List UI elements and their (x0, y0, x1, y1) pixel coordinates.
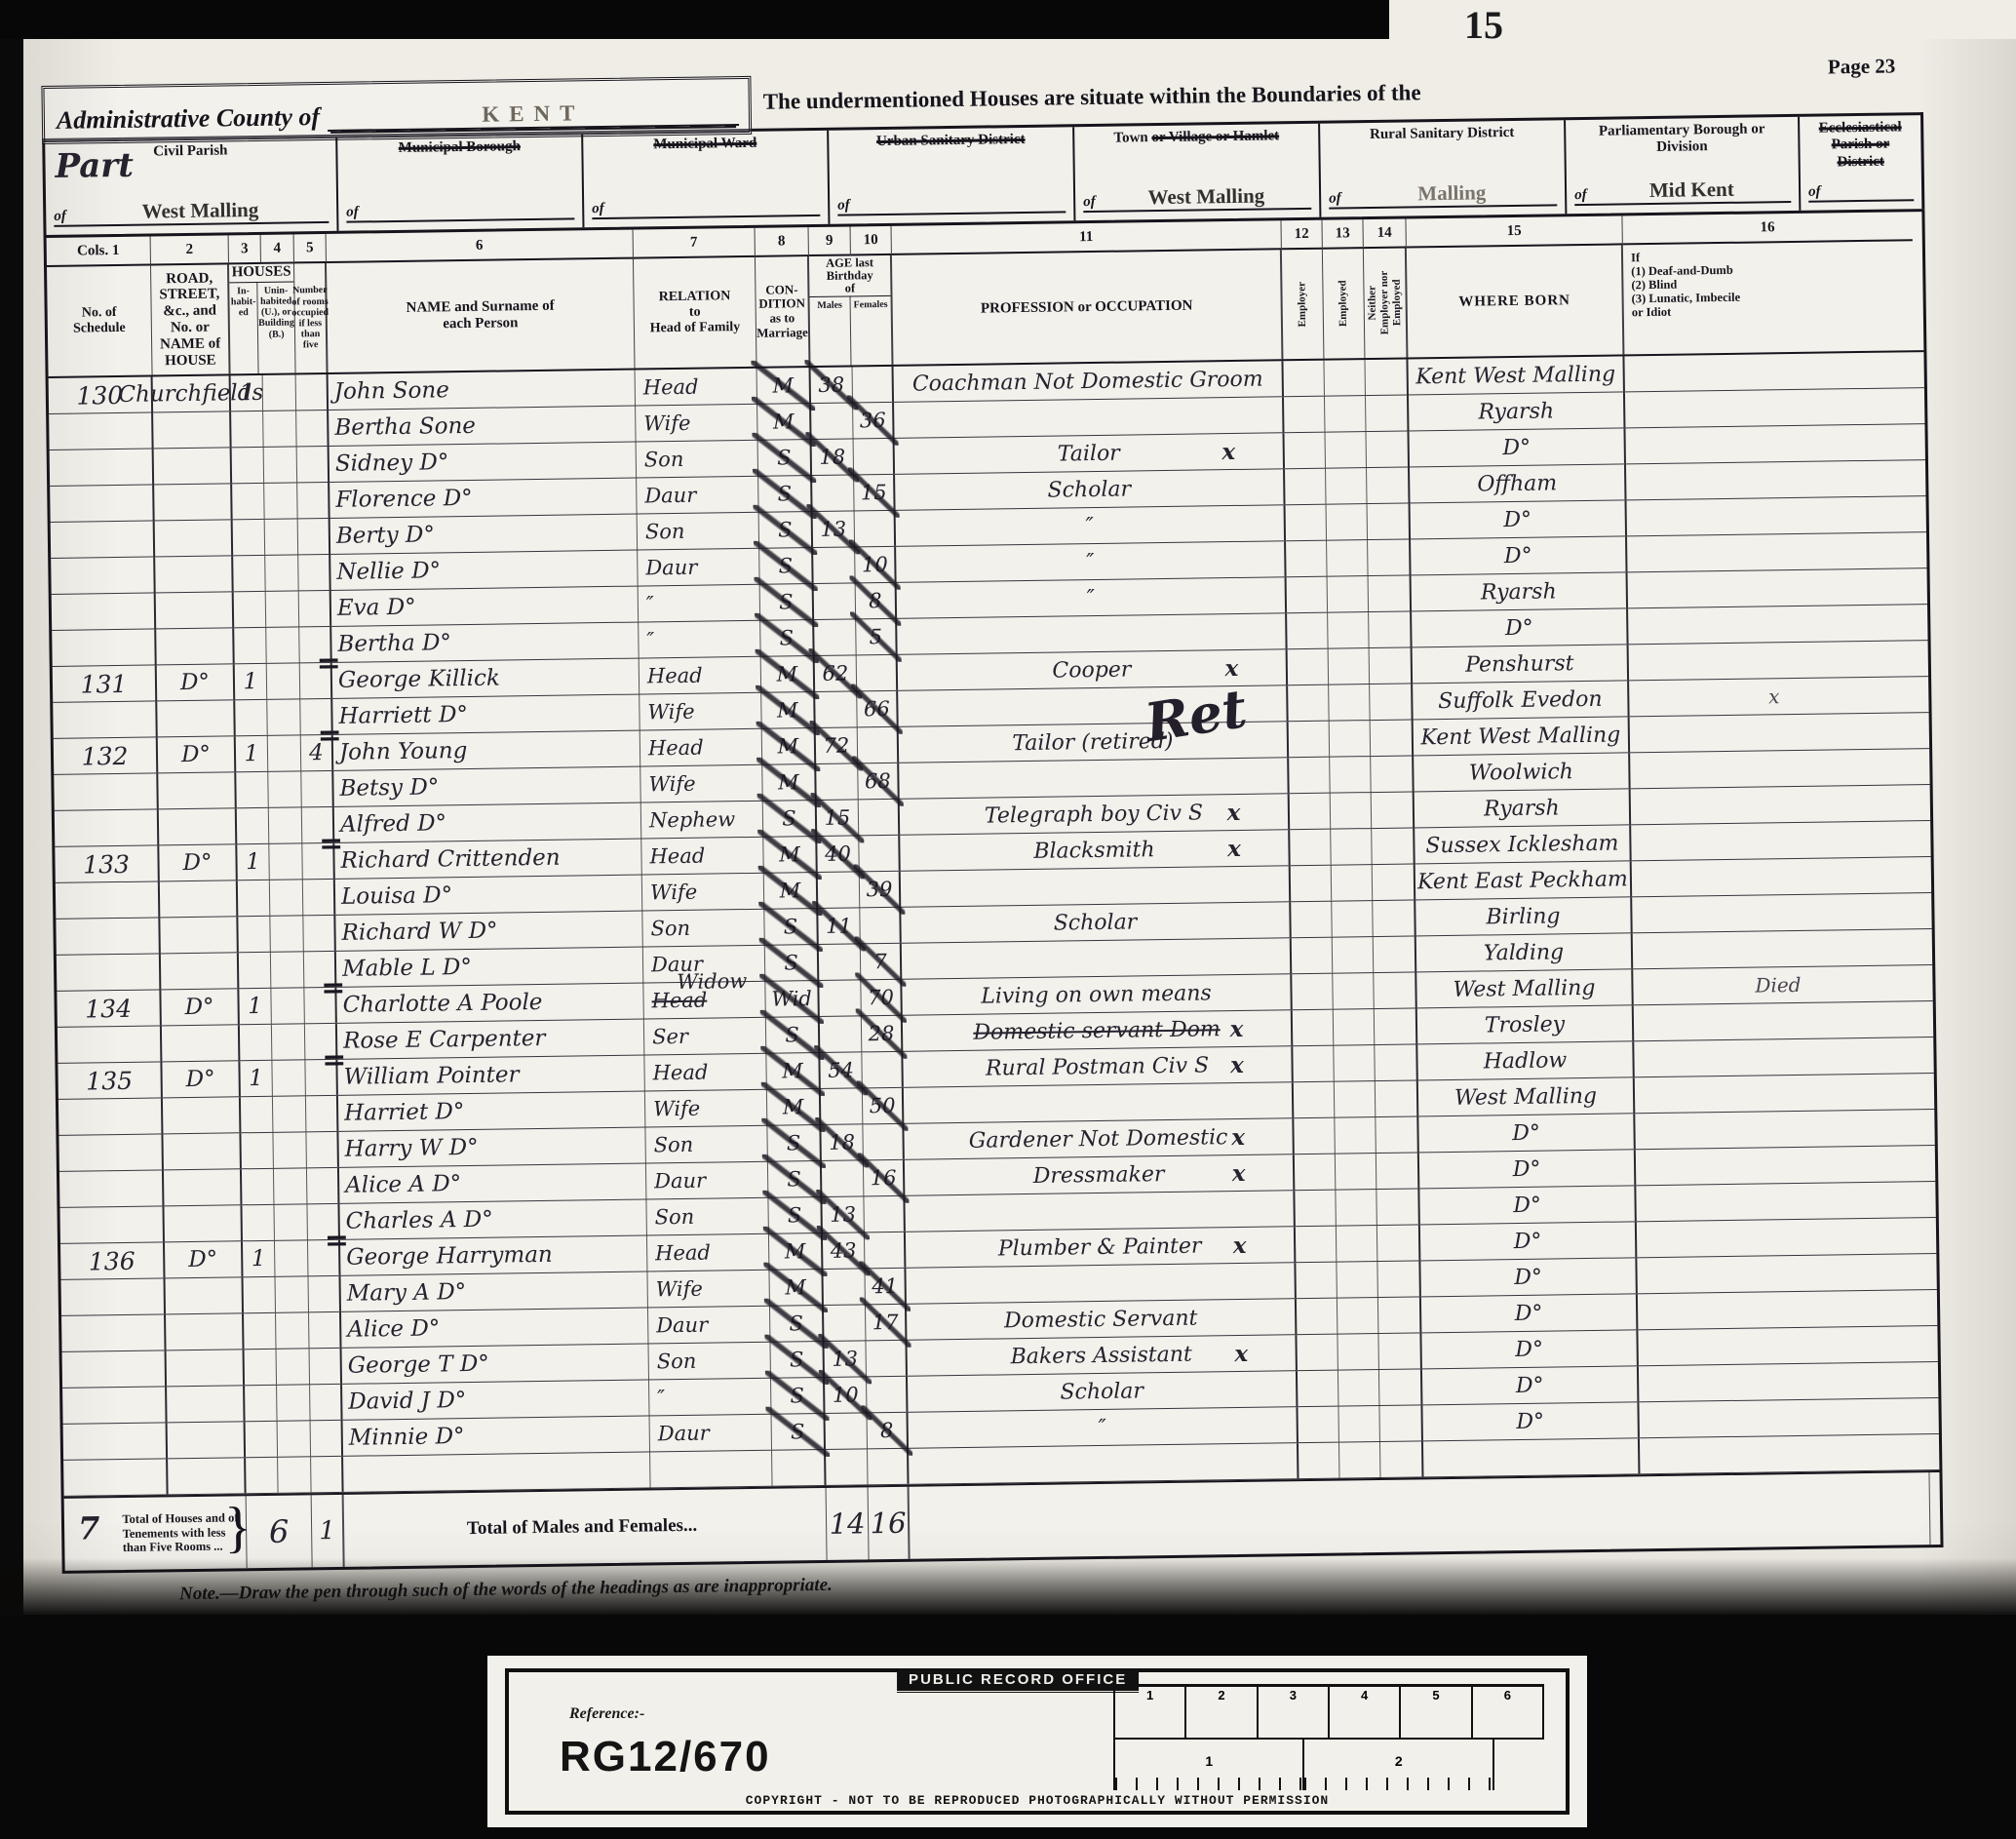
ruler-cm-cell: 3 (1259, 1687, 1330, 1740)
field-label: Town or Village or Hamlet (1080, 128, 1312, 148)
handwritten-value: 68 (865, 769, 891, 793)
cell-age-m (819, 944, 861, 980)
cell-inhabited (242, 1205, 274, 1240)
cell-infirm (1639, 1362, 1928, 1401)
cell-occupation: ″ (909, 1407, 1299, 1448)
cell-road (160, 880, 238, 917)
cell-rooms: = (300, 663, 332, 698)
cell-infirm (1635, 1110, 1924, 1149)
census-scan-page: 15 Administrative County of KENT The und… (0, 0, 2016, 1839)
cell-relation: Son (646, 1198, 768, 1235)
cell-neither (1376, 1189, 1419, 1225)
cell-employed (1333, 937, 1374, 973)
cell-employed: x (1334, 1009, 1375, 1045)
handwritten-value: 54 (828, 1059, 854, 1082)
cell-schedule: 135 (58, 1062, 162, 1098)
cell-road (161, 953, 239, 989)
cell-relation: Wife (640, 765, 762, 802)
cell-uninhabited (276, 1312, 309, 1348)
handwritten-value: S (782, 806, 796, 830)
handwritten-value: 16 (871, 1166, 897, 1190)
cell-neither (1377, 1261, 1420, 1297)
handwritten-value: 62 (822, 662, 848, 685)
cell-road (154, 484, 232, 520)
handwritten-value: 8 (869, 589, 882, 612)
column-number: 14 (1363, 219, 1406, 250)
cell-road (166, 1313, 244, 1350)
handwritten-value: Florence D° (335, 486, 473, 513)
handwritten-value: Wife (650, 880, 697, 905)
handwritten-value: S (778, 554, 793, 577)
handwritten-value: Died (1755, 973, 1801, 998)
cell-neither (1369, 575, 1412, 611)
cell-infirm (1634, 1037, 1923, 1076)
handwritten-value: x (1231, 1123, 1245, 1150)
cell-age-m (818, 872, 860, 908)
cell-uninhabited (267, 663, 300, 698)
cell-name: Charlotte A Poole (336, 984, 643, 1023)
cell-employed: x (1336, 1154, 1376, 1190)
cell-age-f (862, 1052, 903, 1088)
header-employer: Employer (1282, 250, 1325, 360)
cell-relation: Daur (638, 549, 759, 586)
field-label-struck: Municipal Ward (589, 135, 821, 155)
cell-inhabited (245, 1350, 277, 1385)
administrative-county-label: Administrative County of (57, 102, 321, 136)
cell-age-f: 8 (856, 583, 897, 619)
cell-schedule: 134 (57, 990, 161, 1026)
scan-bottom-shadow (0, 1558, 2016, 1617)
handwritten-value: Suffolk Evedon (1438, 686, 1603, 713)
cell-rooms (298, 519, 330, 554)
cell-age-m (812, 475, 854, 511)
cell-condition: S (765, 945, 819, 981)
cell-age-f: 5 (856, 619, 897, 655)
handwritten-value: ″ (1087, 586, 1096, 610)
field-civil-parish: Civil Parish Part of West Malling (45, 137, 338, 235)
cell-age-m (826, 1449, 868, 1485)
cell-whereborn: Kent West Malling (1408, 356, 1624, 394)
cell-road: D° (162, 1061, 240, 1097)
field-label: Rural Sanitary District (1326, 124, 1558, 144)
cell-age-f: 15 (854, 475, 895, 511)
handwritten-value: Blacksmith (1033, 838, 1155, 864)
handwritten-value: S (778, 518, 793, 541)
cell-name: Alice D° (341, 1308, 648, 1347)
handwritten-value: 130 (76, 380, 123, 410)
cell-rooms (296, 374, 329, 410)
cell-age-f (863, 1124, 904, 1160)
cell-age-m (819, 980, 861, 1016)
field-value: West Malling (72, 197, 330, 225)
cell-rooms (297, 483, 330, 518)
cell-whereborn: D° (1419, 1186, 1636, 1224)
handwritten-value: 1 (252, 1246, 266, 1272)
handwritten-value: S (791, 1420, 805, 1443)
totals-empty-cells (910, 1472, 1931, 1559)
handwritten-value: 136 (89, 1246, 136, 1275)
cell-infirm (1634, 1001, 1923, 1040)
cell-inhabited (232, 484, 264, 519)
header-employer-vertical: Employer (1297, 282, 1309, 328)
header-inhabited: In- habit- ed (229, 283, 259, 374)
handwritten-value: D° (1516, 1373, 1544, 1397)
cell-name: George Killick (332, 659, 640, 698)
cell-schedule (62, 1387, 167, 1423)
handwritten-value: 131 (80, 669, 127, 698)
handwritten-value: George T D° (348, 1351, 489, 1379)
cell-occupation (897, 613, 1287, 654)
cell-name: Betsy D° (333, 767, 640, 806)
cell-infirm (1626, 460, 1916, 499)
cell-occupation (899, 758, 1289, 799)
cell-employer (1297, 1335, 1338, 1371)
cell-inhabited (234, 592, 266, 627)
handwritten-value: Charles A D° (346, 1207, 493, 1234)
cell-occupation: Coachman Not Domestic Groom (894, 361, 1284, 402)
handwritten-value: Telegraph boy Civ S (985, 801, 1203, 828)
handwritten-value: D° (1512, 1120, 1540, 1145)
cell-inhabited (246, 1422, 278, 1457)
totals-houses-value: 6 (269, 1513, 290, 1550)
cell-whereborn: D° (1420, 1258, 1637, 1296)
cell-employer (1291, 902, 1332, 938)
cell-infirm (1636, 1146, 1925, 1185)
handwritten-value: Head (643, 375, 699, 400)
handwritten-value: Offham (1477, 471, 1557, 496)
cell-employer (1283, 361, 1324, 397)
cell-name: John Young (333, 731, 640, 770)
handwritten-value: D° (1505, 615, 1533, 640)
cell-age-m: 13 (824, 1341, 866, 1377)
cell-name: George T D° (342, 1344, 649, 1383)
cell-schedule (63, 1459, 168, 1495)
cell-whereborn: Woolwich (1414, 753, 1630, 791)
cell-name: Mable L D° (336, 948, 643, 987)
cell-age-f: 70 (861, 980, 902, 1016)
cell-age-m: 72 (816, 727, 858, 763)
cell-employed (1336, 1190, 1376, 1226)
cell-uninhabited (272, 1060, 305, 1095)
header-condition: CON- DITION as to Marriage (756, 256, 811, 367)
cell-age-f (864, 1196, 905, 1233)
cell-schedule (52, 593, 156, 629)
header-whereborn: WHERE BORN (1407, 245, 1625, 357)
cell-rooms (308, 1276, 340, 1311)
cell-schedule (49, 412, 153, 449)
cell-schedule (63, 1423, 168, 1459)
cell-infirm (1635, 1074, 1924, 1113)
cell-road (162, 1025, 240, 1061)
cell-age-m: 11 (818, 908, 860, 944)
handwritten-value: 135 (86, 1066, 133, 1095)
cell-uninhabited (270, 916, 303, 951)
handwritten-value: Rose E Carpenter (343, 1026, 546, 1054)
cell-employed: x (1334, 1045, 1375, 1081)
handwritten-value: x (1227, 835, 1241, 861)
cell-age-m: 40 (817, 836, 859, 872)
cell-condition: M (761, 656, 815, 692)
stamp-ruler: 123456 12 (1113, 1684, 1544, 1799)
handwritten-value: 134 (85, 994, 132, 1023)
handwritten-value: 40 (825, 842, 851, 866)
cell-age-m (822, 1160, 864, 1196)
handwritten-value: M (780, 879, 801, 902)
cell-condition: M (757, 368, 811, 404)
cell-condition: S (766, 1017, 820, 1053)
of-word: of (54, 209, 66, 225)
header-neither: Neither Employer nor Employed (1364, 249, 1409, 359)
census-table: Cols. 12345678910111213141516 No. of Sch… (44, 209, 1944, 1574)
cell-employed (1330, 757, 1371, 793)
cell-road (166, 1277, 244, 1313)
handwritten-value: x (1230, 1051, 1244, 1077)
cell-employed (1337, 1262, 1377, 1298)
cell-name: Rose E Carpenter (337, 1019, 644, 1058)
cell-inhabited (238, 917, 270, 952)
cell-road (154, 448, 232, 484)
cell-age-f: 28 (862, 1016, 903, 1052)
cell-name: Mary A D° (340, 1272, 647, 1311)
cell-neither (1368, 503, 1411, 539)
cell-condition: M (761, 692, 815, 728)
cell-infirm (1630, 713, 1919, 752)
handwritten-value: Scholar (1047, 477, 1131, 502)
cell-employed (1335, 1081, 1376, 1117)
cell-condition: S (760, 620, 814, 656)
handwritten-value: Woolwich (1469, 760, 1573, 785)
cell-age-f (857, 655, 898, 691)
header-uninhabited: Unin- habited (U.), or Building (B.) (258, 282, 295, 373)
handwritten-value: Daur (645, 556, 697, 580)
handwritten-value: John Young (339, 738, 468, 765)
cell-neither (1367, 431, 1410, 467)
stamp-frame: PUBLIC RECORD OFFICE Reference:- RG12/67… (505, 1668, 1570, 1815)
totals-houses-value-cell: 6 (247, 1495, 313, 1568)
ruler-cm-cell: 6 (1473, 1687, 1544, 1740)
cell-uninhabited (266, 627, 299, 662)
cell-whereborn: Ryarsh (1412, 572, 1628, 610)
header-age-females: Females (851, 296, 892, 365)
column-number: 13 (1322, 219, 1363, 250)
table-rows: Ret 130Churchfields1John SoneHeadM38Coac… (49, 352, 1940, 1497)
totals-houses-label-text: Total of Houses and of Tenements with le… (122, 1510, 239, 1555)
field-of-line: of (346, 201, 574, 222)
cell-employer (1285, 433, 1326, 469)
cell-inhabited: 1 (239, 989, 271, 1024)
cell-name: Berty D° (330, 515, 638, 554)
cell-age-f (855, 511, 896, 547)
cell-employed (1328, 612, 1369, 648)
cell-employed: x (1338, 1334, 1378, 1370)
cell-employer (1296, 1227, 1337, 1263)
of-word: of (1083, 194, 1096, 211)
cell-schedule (55, 809, 159, 845)
field-value (856, 211, 1066, 214)
handwritten-value: Coachman Not Domestic Groom (912, 367, 1263, 396)
handwritten-value: S (790, 1384, 804, 1407)
cell-inhabited: 1 (240, 1061, 272, 1096)
cell-age-m (823, 1269, 865, 1305)
header-name: NAME and Surname of each Person (327, 259, 636, 372)
stamp-reference-number: RG12/670 (560, 1733, 771, 1781)
field-label-struck: or Village or Hamlet (1151, 128, 1279, 145)
handwritten-value: 70 (868, 986, 894, 1009)
field-parliamentary-borough: Parliamentary Borough or Division of Mid… (1566, 117, 1801, 214)
handwritten-value: Bertha Sone (334, 413, 476, 441)
handwritten-value: Harriet D° (344, 1099, 465, 1126)
cell-rooms (310, 1385, 342, 1420)
field-label-struck: Ecclesiastical Parish or District (1805, 119, 1916, 171)
cell-condition: M (762, 764, 816, 801)
cell-road (167, 1386, 245, 1422)
public-record-office-stamp: PUBLIC RECORD OFFICE Reference:- RG12/67… (487, 1656, 1587, 1827)
handwritten-value: M (785, 1239, 806, 1263)
cell-occupation (906, 1263, 1296, 1304)
cell-infirm (1639, 1398, 1928, 1437)
cell-neither (1375, 1044, 1417, 1080)
cell-road (168, 1422, 246, 1458)
handwritten-value: 11 (826, 915, 852, 938)
handwritten-value: D° (1513, 1193, 1541, 1217)
cell-condition: Wid (765, 981, 819, 1017)
cell-relation: ″ (639, 585, 760, 622)
cell-age-m: 54 (820, 1052, 862, 1088)
handwritten-value: 41 (872, 1274, 898, 1298)
cell-whereborn: Ryarsh (1409, 392, 1625, 430)
handwritten-value: Scholar (1060, 1379, 1144, 1404)
ruler-cm-cell: 2 (1186, 1687, 1258, 1740)
cell-age-m (821, 1088, 863, 1124)
cell-condition: S (770, 1306, 824, 1342)
header-age-males: Males (810, 297, 852, 366)
cell-name: David J D° (342, 1380, 649, 1419)
totals-males-cell: 14 (827, 1487, 870, 1560)
cell-occupation: Domestic Servant (907, 1299, 1297, 1340)
cell-uninhabited (271, 952, 304, 987)
cell-condition: S (760, 584, 814, 620)
cell-inhabited (237, 808, 269, 843)
handwritten-value: Head (647, 664, 703, 688)
header-age-group: AGE last Birthday of Males Females (809, 255, 894, 366)
cell-infirm (1638, 1290, 1927, 1329)
handwritten-value: D° (1515, 1301, 1543, 1325)
handwritten-value: 13 (820, 518, 846, 541)
cell-relation: Son (638, 513, 759, 550)
handwritten-value: 132 (81, 741, 128, 770)
cell-age-f: 68 (858, 763, 899, 800)
cell-age-f (866, 1341, 907, 1377)
handwritten-value: Mable L D° (342, 955, 472, 982)
cell-relation: Wife (640, 693, 761, 730)
ruler-cm-cell: 1 (1115, 1687, 1186, 1740)
cell-relation: HeadWidow (643, 982, 765, 1019)
cell-neither (1366, 395, 1409, 431)
cell-relation: Son (637, 441, 758, 478)
handwritten-value: S (779, 590, 794, 613)
handwritten-value: Son (645, 520, 685, 544)
cell-occupation (902, 938, 1292, 979)
handwritten-value: Daur (658, 1422, 710, 1446)
cell-name: Minnie D° (343, 1416, 650, 1455)
cell-occupation: Scholar (895, 469, 1285, 510)
cell-neither (1377, 1225, 1420, 1261)
handwritten-value: Bakers Assistant (1010, 1342, 1192, 1369)
cell-whereborn: Birling (1415, 897, 1632, 935)
cell-age-f (854, 439, 895, 475)
cell-age-f (859, 800, 900, 836)
cell-neither (1370, 684, 1413, 720)
cell-age-f (860, 908, 901, 944)
cell-occupation (901, 866, 1291, 907)
handwritten-value: Kent West Malling (1420, 723, 1620, 750)
stamp-reference-label: Reference:- (569, 1705, 644, 1723)
handwritten-value: Head (652, 1061, 708, 1085)
census-form-paper: Administrative County of KENT The underm… (23, 39, 2016, 1615)
cell-employer (1287, 577, 1328, 613)
handwritten-value: M (785, 1275, 806, 1299)
cell-condition: S (768, 1161, 822, 1197)
handwritten-value: Domestic servant Dom (973, 1017, 1221, 1045)
cell-road: D° (159, 844, 237, 880)
handwritten-value: William Pointer (343, 1062, 519, 1090)
totals-rooms-value-cell: 1 (312, 1495, 345, 1567)
cell-employer (1294, 1118, 1335, 1154)
cell-whereborn: D° (1418, 1114, 1635, 1152)
cell-neither (1376, 1153, 1419, 1189)
handwritten-value: D° (1514, 1229, 1542, 1253)
cell-occupation: ″ (896, 541, 1286, 582)
of-word: of (837, 197, 850, 214)
cell-neither (1376, 1080, 1418, 1116)
cell-whereborn: Ryarsh (1415, 789, 1631, 827)
field-label: Parliamentary Borough or Division (1571, 121, 1792, 158)
handwritten-value: S (780, 626, 795, 649)
cell-age-f: 41 (865, 1269, 906, 1305)
cell-inhabited (239, 953, 271, 988)
cell-rooms: = (302, 843, 334, 879)
cell-employer (1297, 1299, 1338, 1335)
cell-condition: S (758, 476, 812, 512)
cell-condition: M (757, 404, 811, 440)
cell-employer (1296, 1263, 1337, 1299)
handwritten-value: Kent West Malling (1415, 362, 1615, 389)
cell-whereborn: D° (1412, 608, 1628, 646)
cell-relation: Head (636, 369, 757, 406)
field-of-line: of (837, 194, 1066, 215)
totals-females-cell: 16 (869, 1487, 911, 1560)
cell-uninhabited (269, 843, 302, 879)
cell-neither (1378, 1333, 1421, 1369)
handwritten-value: Bertha D° (337, 630, 451, 657)
handwritten-value: 10 (833, 1383, 859, 1406)
cell-uninhabited (272, 1024, 305, 1059)
handwritten-value: Rural Postman Civ S (986, 1053, 1210, 1080)
cell-schedule (61, 1314, 166, 1350)
cell-neither (1379, 1369, 1422, 1405)
column-number: 5 (294, 234, 327, 263)
cell-age-f: 50 (863, 1088, 904, 1124)
field-of-line: of Mid Kent (1574, 176, 1791, 206)
cell-employer (1289, 722, 1330, 758)
cell-schedule (50, 485, 154, 521)
cell-inhabited (236, 772, 268, 807)
cell-relation: Head (644, 1054, 766, 1091)
ruler-cm-cell: 5 (1401, 1687, 1472, 1740)
cell-whereborn: Trosley (1417, 1005, 1634, 1043)
handwritten-value: 1 (239, 380, 253, 406)
handwritten-value: 8 (880, 1419, 894, 1442)
